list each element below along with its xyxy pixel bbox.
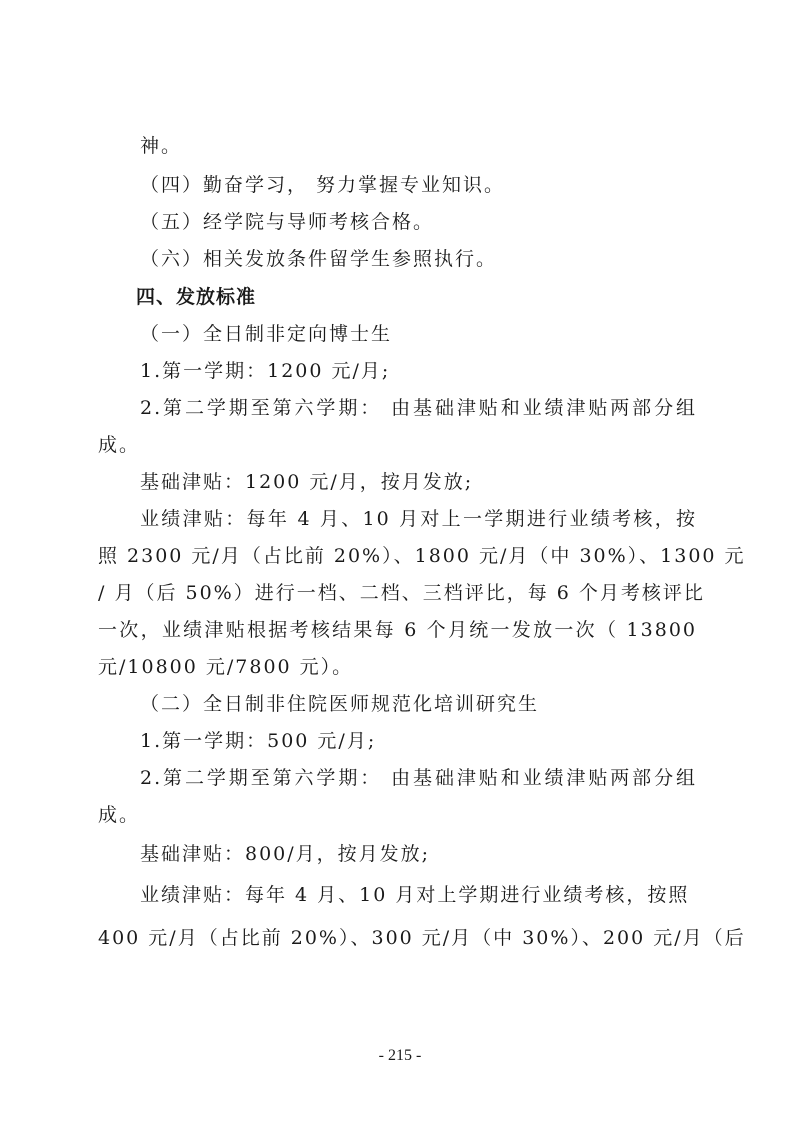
page-number: - 215 - (0, 1047, 800, 1065)
paragraph-line: 神。 (140, 134, 182, 158)
paragraph-line: 2.第二学期至第六学期： 由基础津贴和业绩津贴两部分组 (140, 396, 697, 420)
paragraph-line: / 月（后 50%）进行一档、二档、三档评比，每 6 个月考核评比 (98, 581, 697, 605)
paragraph-line: 成。 (98, 433, 140, 457)
paragraph-line: 1.第一学期：500 元/月; (140, 729, 376, 753)
paragraph-line: 2.第二学期至第六学期： 由基础津贴和业绩津贴两部分组 (140, 766, 697, 790)
paragraph-line: 一次，业绩津贴根据考核结果每 6 个月统一发放一次（ 13800 (98, 618, 697, 642)
section-heading: 四、发放标准 (136, 285, 256, 309)
paragraph-line: 照 2300 元/月（占比前 20%）、1800 元/月（中 30%）、1300… (98, 544, 697, 568)
subsection-heading-1: （一）全日制非定向博士生 (140, 322, 392, 346)
paragraph-line: 400 元/月（占比前 20%）、300 元/月（中 30%）、200 元/月（… (98, 926, 687, 950)
paragraph-line: 基础津贴：1200 元/月，按月发放; (140, 470, 473, 494)
list-item-6: （六）相关发放条件留学生参照执行。 (140, 247, 497, 271)
paragraph-line: 1.第一学期：1200 元/月; (140, 359, 390, 383)
paragraph-line: 业绩津贴：每年 4 月、10 月对上一学期进行业绩考核，按 (140, 507, 697, 531)
paragraph-line: 业绩津贴：每年 4 月、10 月对上学期进行业绩考核，按照 (140, 883, 687, 907)
paragraph-line: 成。 (98, 803, 140, 827)
list-item-4: （四）勤奋学习， 努力掌握专业知识。 (140, 173, 505, 197)
paragraph-line: 元/10800 元/7800 元）。 (98, 655, 353, 679)
subsection-heading-2: （二）全日制非住院医师规范化培训研究生 (140, 692, 539, 716)
list-item-5: （五）经学院与导师考核合格。 (140, 210, 434, 234)
paragraph-line: 基础津贴：800/月，按月发放; (140, 842, 430, 866)
